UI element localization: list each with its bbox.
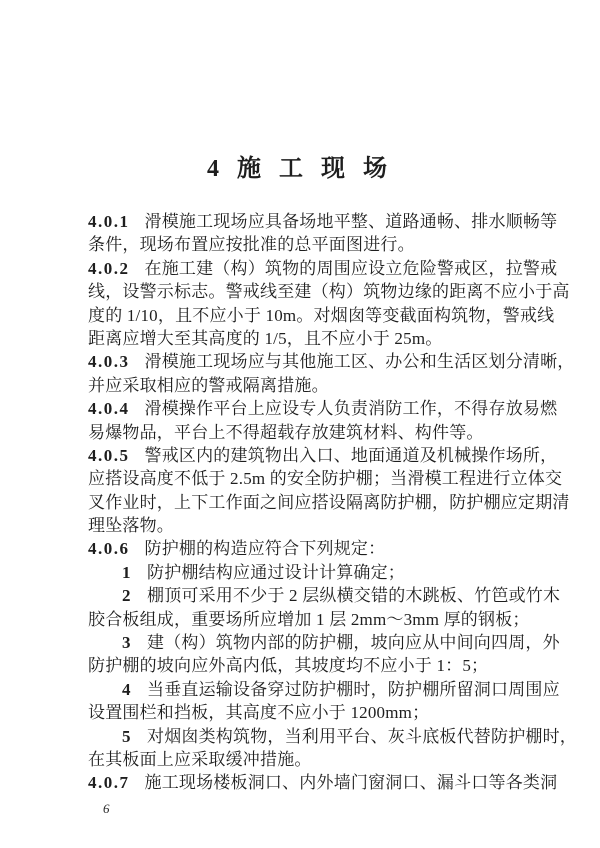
item-number: 1 (122, 563, 132, 582)
text-line: 胶合板组成，重要场所应增加 1 层 2mm～3mm 厚的钢板； (88, 608, 514, 631)
clause-text: 线，设警示标志。警戒线至建（构）筑物边缘的距离不应小于高 (88, 282, 570, 301)
text-line: 叉作业时，上下工作面之间应搭设隔离防护棚，防护棚应定期清 (88, 491, 514, 514)
clause-text: 滑模施工现场应与其他施工区、办公和生活区划分清晰， (145, 352, 575, 371)
text-line: 4.0.2在施工建（构）筑物的周围应设立危险警戒区，拉警戒 (88, 257, 514, 280)
text-line: 度的 1/10，且不应小于 10m。对烟囱等变截面构筑物，警戒线 (88, 304, 514, 327)
clause-text: 易爆物品，平台上不得超载存放建筑材料、构件等。 (88, 423, 484, 442)
clause-text: 对烟囱类构筑物，当利用平台、灰斗底板代替防护棚时， (147, 727, 577, 746)
clause-number: 4.0.6 (88, 539, 130, 558)
clause-text: 施工现场楼板洞口、内外墙门窗洞口、漏斗口等各类洞 (145, 773, 558, 792)
text-line: 防护棚的坡向应外高内低，其坡度均不应小于 1：5； (88, 654, 514, 677)
text-line: 4.0.5警戒区内的建筑物出入口、地面通道及机械操作场所， (88, 444, 514, 467)
clause-text: 防护棚结构应通过设计计算确定； (147, 563, 405, 582)
chapter-title-text: 施 工 现 场 (237, 156, 393, 182)
clause-text: 滑模操作平台上应设专人负责消防工作，不得存放易燃 (145, 399, 558, 418)
chapter-number: 4 (207, 156, 219, 182)
text-line: 4.0.1滑模施工现场应具备场地平整、道路通畅、排水顺畅等 (88, 210, 514, 233)
text-line: 理坠落物。 (88, 514, 514, 537)
clause-number: 4.0.3 (88, 352, 130, 371)
clause-text: 距离应增大至其高度的 1/5，且不应小于 25m。 (88, 329, 442, 348)
clause-number: 4.0.5 (88, 446, 130, 465)
chapter-title: 4施 工 现 场 (0, 148, 600, 183)
clause-number: 4.0.2 (88, 259, 130, 278)
clause-text: 棚顶可采用不少于 2 层纵横交错的木跳板、竹笆或竹木 (147, 586, 560, 605)
text-line: 4.0.4滑模操作平台上应设专人负责消防工作，不得存放易燃 (88, 397, 514, 420)
text-line: 4.0.6防护棚的构造应符合下列规定： (88, 537, 514, 560)
clause-text: 在其板面上应采取缓冲措施。 (88, 750, 312, 769)
text-line: 5对烟囱类构筑物，当利用平台、灰斗底板代替防护棚时， (88, 725, 514, 748)
clause-text: 滑模施工现场应具备场地平整、道路通畅、排水顺畅等 (145, 212, 558, 231)
document-page: 4施 工 现 场 4.0.1滑模施工现场应具备场地平整、道路通畅、排水顺畅等 条… (0, 0, 600, 848)
clause-text: 条件，现场布置应按批准的总平面图进行。 (88, 235, 415, 254)
clause-text: 应搭设高度不低于 2.5m 的安全防护棚；当滑模工程进行立体交 (88, 469, 562, 488)
clause-text: 警戒区内的建筑物出入口、地面通道及机械操作场所， (145, 446, 558, 465)
clause-text: 防护棚的构造应符合下列规定： (145, 539, 386, 558)
clause-text: 理坠落物。 (88, 516, 174, 535)
text-line: 易爆物品，平台上不得超载存放建筑材料、构件等。 (88, 421, 514, 444)
text-line: 1防护棚结构应通过设计计算确定； (88, 561, 514, 584)
body-text: 4.0.1滑模施工现场应具备场地平整、道路通畅、排水顺畅等 条件，现场布置应按批… (88, 210, 514, 795)
text-line: 条件，现场布置应按批准的总平面图进行。 (88, 233, 514, 256)
clause-text: 建（构）筑物内部的防护棚，坡向应从中间向四周，外 (147, 633, 560, 652)
text-line: 2棚顶可采用不少于 2 层纵横交错的木跳板、竹笆或竹木 (88, 584, 514, 607)
item-number: 5 (122, 727, 132, 746)
text-line: 应搭设高度不低于 2.5m 的安全防护棚；当滑模工程进行立体交 (88, 467, 514, 490)
text-line: 并应采取相应的警戒隔离措施。 (88, 374, 514, 397)
text-line: 距离应增大至其高度的 1/5，且不应小于 25m。 (88, 327, 514, 350)
text-line: 4.0.3滑模施工现场应与其他施工区、办公和生活区划分清晰， (88, 350, 514, 373)
text-line: 在其板面上应采取缓冲措施。 (88, 748, 514, 771)
clause-number: 4.0.7 (88, 773, 130, 792)
clause-number: 4.0.1 (88, 212, 130, 231)
text-line: 4当垂直运输设备穿过防护棚时，防护棚所留洞口周围应 (88, 678, 514, 701)
clause-text: 防护棚的坡向应外高内低，其坡度均不应小于 1：5； (88, 656, 488, 675)
text-line: 线，设警示标志。警戒线至建（构）筑物边缘的距离不应小于高 (88, 280, 514, 303)
clause-text: 设置围栏和挡板，其高度不应小于 1200mm； (88, 703, 429, 722)
text-line: 4.0.7施工现场楼板洞口、内外墙门窗洞口、漏斗口等各类洞 (88, 771, 514, 794)
text-line: 设置围栏和挡板，其高度不应小于 1200mm； (88, 701, 514, 724)
item-number: 2 (122, 586, 132, 605)
clause-text: 胶合板组成，重要场所应增加 1 层 2mm～3mm 厚的钢板； (88, 610, 530, 629)
clause-text: 度的 1/10，且不应小于 10m。对烟囱等变截面构筑物，警戒线 (88, 306, 554, 325)
page-number: 6 (103, 801, 110, 817)
clause-text: 在施工建（构）筑物的周围应设立危险警戒区，拉警戒 (145, 259, 558, 278)
clause-number: 4.0.4 (88, 399, 130, 418)
clause-text: 叉作业时，上下工作面之间应搭设隔离防护棚，防护棚应定期清 (88, 493, 570, 512)
clause-text: 并应采取相应的警戒隔离措施。 (88, 376, 329, 395)
item-number: 3 (122, 633, 132, 652)
item-number: 4 (122, 680, 132, 699)
clause-text: 当垂直运输设备穿过防护棚时，防护棚所留洞口周围应 (147, 680, 560, 699)
text-line: 3建（构）筑物内部的防护棚，坡向应从中间向四周，外 (88, 631, 514, 654)
